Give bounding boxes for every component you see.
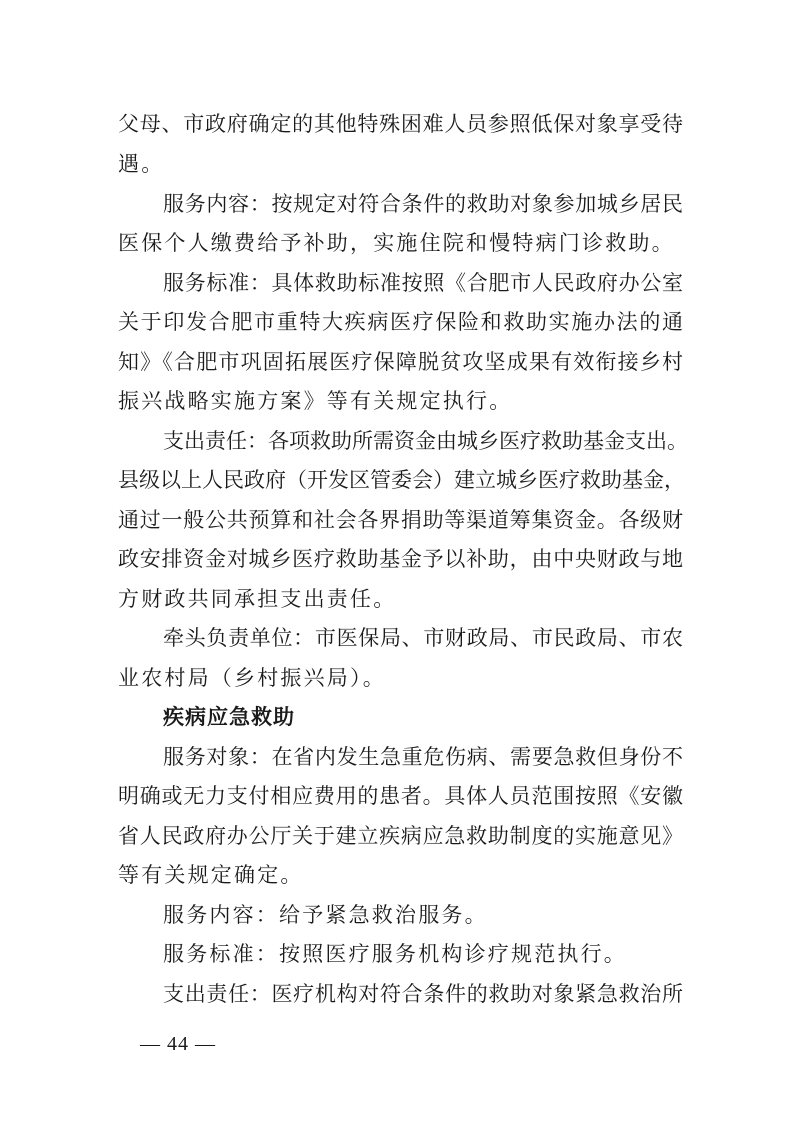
page-number: — 44 — [140,1033,216,1056]
text-line: 服务内容：给予紧急救治服务。 [163,902,683,928]
document-page: 父母、市政府确定的其他特殊困难人员参照低保对象享受待 遇。 服务内容：按规定对符… [0,0,793,1122]
text-line: 父母、市政府确定的其他特殊困难人员参照低保对象享受待 [118,111,683,137]
text-line: 医保个人缴费给予补助，实施住院和慢特病门诊救助。 [118,230,683,256]
text-line: 政安排资金对城乡医疗救助基金予以补助，由中央财政与地 [118,546,683,572]
text-line: 服务标准：按照医疗服务机构诊疗规范执行。 [163,941,683,967]
text-line: 知》《合肥市巩固拓展医疗保障脱贫攻坚成果有效衔接乡村 [118,349,683,375]
text-line: 明确或无力支付相应费用的患者。具体人员范围按照《安徽 [118,783,683,809]
text-line: 支出责任：各项救助所需资金由城乡医疗救助基金支出。 [163,428,683,454]
text-line: 通过一般公共预算和社会各界捐助等渠道筹集资金。各级财 [118,507,683,533]
section-heading: 疾病应急救助 [163,704,683,730]
text-line: 服务内容：按规定对符合条件的救助对象参加城乡居民 [163,191,683,217]
text-line: 牵头负责单位：市医保局、市财政局、市民政局、市农 [163,625,683,651]
text-line: 省人民政府办公厅关于建立疾病应急救助制度的实施意见》 [118,823,683,849]
text-line: 方财政共同承担支出责任。 [118,586,683,612]
text-line: 业农村局（乡村振兴局）。 [118,665,683,691]
text-line: 等有关规定确定。 [118,862,683,888]
text-line: 支出责任：医疗机构对符合条件的救助对象紧急救治所 [163,981,683,1007]
text-line: 关于印发合肥市重特大疾病医疗保险和救助实施办法的通 [118,309,683,335]
text-line: 振兴战略实施方案》等有关规定执行。 [118,388,683,414]
text-line: 县级以上人民政府（开发区管委会）建立城乡医疗救助基金， [118,467,683,493]
text-line: 服务标准：具体救助标准按照《合肥市人民政府办公室 [163,270,683,296]
text-line: 遇。 [118,151,683,177]
text-line: 服务对象：在省内发生急重危伤病、需要急救但身份不 [163,744,683,770]
